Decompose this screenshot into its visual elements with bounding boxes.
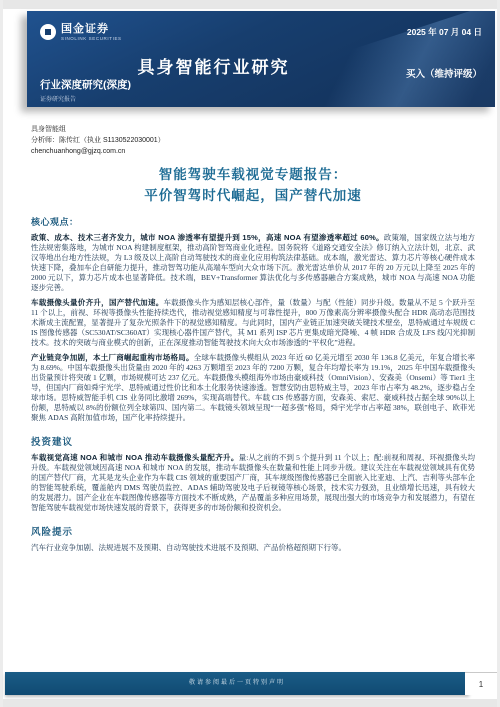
- page-number: 1: [465, 672, 497, 695]
- core-paragraph-policy: 政策、成本、技术三者齐发力，城市 NOA 渗透率有望提升到 15%，高速 NOA…: [31, 233, 475, 293]
- brand-name-en: SINOLINK SECURITIES: [61, 37, 122, 42]
- coin-logo-icon: [40, 24, 56, 40]
- risk-warning-heading: 风险提示: [31, 524, 475, 538]
- doc-type-label: 行业深度研究(深度): [40, 77, 131, 92]
- doc-subtype-label: 证券研究报告: [40, 94, 76, 103]
- paragraph-lead: 产业链竞争加剧，本土厂商崛起重构市场格局。: [31, 353, 194, 362]
- core-paragraph-camera: 车载摄像头量价齐升，国产替代加速。车载摄像头作为感知层核心部件，量（数量）与配（…: [31, 298, 475, 348]
- main-title-line1: 智能驾驶车载视觉专题报告：: [159, 167, 348, 182]
- report-main-title: 智能驾驶车载视觉专题报告： 平价智驾时代崛起，国产替代加速: [31, 164, 475, 206]
- brand-logo: 国金证券 SINOLINK SECURITIES: [40, 24, 122, 42]
- report-series-title: 具身智能行业研究: [27, 53, 400, 78]
- paragraph-lead: 车载摄像头量价齐升，国产替代加速。: [31, 298, 164, 307]
- report-date: 2025 年 07 月 04 日: [407, 26, 482, 38]
- analyst-line: 分析师：陈传红（执业 S1130522030001）: [31, 135, 475, 146]
- risk-paragraph: 汽车行业竞争加剧、法规进展不及预期、自动驾驶技术进展不及预期、产品价格超预期下行…: [31, 543, 475, 553]
- investment-advice-heading: 投资建议: [31, 434, 475, 448]
- analyst-team: 具身智能组: [31, 124, 475, 135]
- footer-disclaimer-bar: 敬请参阅最后一页特别声明: [5, 672, 469, 695]
- paragraph-lead: 车载视觉高速 NOA 和城市 NOA 推动车载摄像头量配齐升。: [31, 453, 239, 462]
- report-page: 国金证券 SINOLINK SECURITIES 2025 年 07 月 04 …: [0, 0, 500, 707]
- analyst-email-link[interactable]: chenchuanhong@gjzq.com.cn: [31, 148, 125, 155]
- page-top-edge: [3, 0, 497, 9]
- brand-name-cn: 国金证券: [61, 24, 122, 35]
- core-viewpoints-heading: 核心观点：: [31, 215, 475, 228]
- analyst-block: 具身智能组 分析师：陈传红（执业 S1130522030001） chenchu…: [31, 124, 475, 157]
- rating-badge: 买入（维持评级）: [406, 66, 482, 80]
- main-title-line2: 平价智驾时代崛起，国产替代加速: [144, 188, 362, 203]
- investment-paragraph: 车载视觉高速 NOA 和城市 NOA 推动车载摄像头量配齐升。量:从之前的不到 …: [31, 453, 475, 513]
- brand-text: 国金证券 SINOLINK SECURITIES: [61, 24, 122, 42]
- page-footer: 敬请参阅最后一页特别声明 1: [3, 672, 497, 695]
- page-bottom-edge: [3, 699, 497, 707]
- paragraph-body: 全球车载摄像头模组从 2023 年近 60 亿美元增至 2030 年 136.8…: [31, 353, 475, 422]
- paragraph-lead: 政策、成本、技术三者齐发力，城市 NOA 渗透率有望提升到 15%，高速 NOA…: [31, 233, 384, 242]
- report-body: 具身智能组 分析师：陈传红（执业 S1130522030001） chenchu…: [31, 124, 475, 553]
- core-paragraph-market: 产业链竞争加剧，本土厂商崛起重构市场格局。全球车载摄像头模组从 2023 年近 …: [31, 353, 475, 423]
- report-header-banner: 国金证券 SINOLINK SECURITIES 2025 年 07 月 04 …: [27, 11, 495, 107]
